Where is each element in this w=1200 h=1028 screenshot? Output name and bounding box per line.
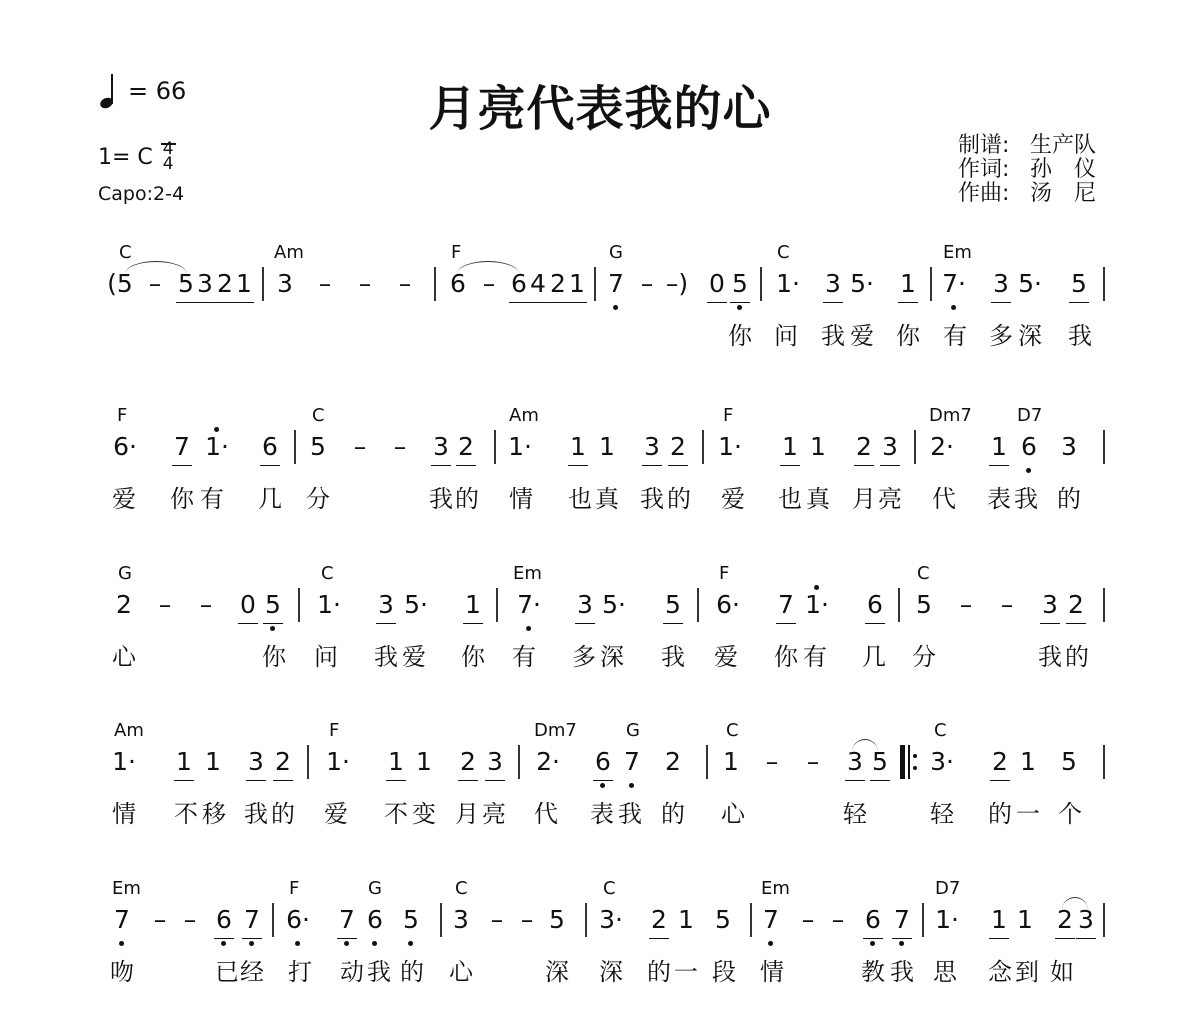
note: 2 — [460, 748, 476, 776]
chord-symbol: C — [934, 720, 947, 741]
lyric-char: 表 — [590, 794, 614, 829]
note: 1· — [205, 433, 229, 461]
lyric-char: 我 — [1014, 479, 1038, 514]
lyric-char: 爱 — [714, 637, 738, 672]
note: 2 — [665, 748, 681, 776]
octave-dot-below — [614, 305, 619, 310]
dash-extension: – — [184, 906, 197, 934]
chord-symbol: C — [917, 563, 930, 584]
note: 5 — [715, 906, 731, 934]
lyric-char: 有 — [803, 637, 827, 672]
note: 1 — [1017, 906, 1033, 934]
lyric-char: 深 — [545, 952, 569, 987]
lyric-char: 如 — [1050, 952, 1074, 987]
lyric-char: 我 — [244, 794, 268, 829]
barline — [898, 588, 900, 622]
chord-symbol: Am — [114, 720, 144, 741]
lyric-char: 爱 — [721, 479, 745, 514]
dash-extension: – — [766, 748, 779, 776]
lyric-char: 多 — [989, 316, 1013, 351]
lyric-char: 的 — [1065, 637, 1089, 672]
lyric-char: 的 — [661, 794, 685, 829]
note: 1· — [317, 591, 341, 619]
note: 3 — [487, 748, 503, 776]
octave-dot-below — [222, 941, 227, 946]
lyric-char: 你 — [170, 479, 194, 514]
barline — [922, 903, 924, 937]
lyric-char: 代 — [534, 794, 558, 829]
lyric-char: 分 — [912, 637, 936, 672]
note: 1 — [205, 748, 221, 776]
note: 2 — [275, 748, 291, 776]
lyric-char: 到 — [1015, 952, 1039, 987]
chord-symbol: Dm7 — [534, 720, 577, 741]
note: 2 — [458, 433, 474, 461]
octave-dot-below — [250, 941, 255, 946]
dash-extension: – — [807, 748, 820, 776]
note: 6 — [216, 906, 232, 934]
lyric-char: 心 — [721, 794, 745, 829]
note: 7 — [244, 906, 260, 934]
lyric-char: 问 — [774, 316, 798, 351]
dash-extension: –) — [666, 270, 688, 298]
dash-extension: – — [154, 906, 167, 934]
note: 5 — [1071, 270, 1087, 298]
dash-extension: – — [159, 591, 172, 619]
note: 1· — [805, 591, 829, 619]
note: 5· — [602, 591, 626, 619]
note: 7 — [624, 748, 640, 776]
note: 7 — [763, 906, 779, 934]
lyric-char: 情 — [112, 794, 136, 829]
octave-dot-above — [214, 427, 219, 432]
note: 5 — [265, 591, 281, 619]
lyric-char: 思 — [933, 952, 957, 987]
barline — [930, 267, 932, 301]
note: 3 — [197, 270, 213, 298]
dash-extension: – — [354, 433, 367, 461]
tempo-marking: = 66 — [100, 74, 186, 108]
credit-label: 作曲: — [958, 182, 1030, 206]
lyric-char: 你 — [262, 637, 286, 672]
lyric-char: 我 — [618, 794, 642, 829]
lyric-char: 我 — [374, 637, 398, 672]
lyric-char: 轻 — [930, 794, 954, 829]
lyric-char: 一 — [1016, 794, 1040, 829]
quarter-note-icon — [100, 74, 118, 108]
lyric-char: 多 — [572, 637, 596, 672]
dash-extension: – — [483, 270, 496, 298]
note: 2· — [536, 748, 560, 776]
chord-symbol: C — [312, 405, 325, 426]
note: (5 — [107, 270, 133, 298]
barline — [440, 903, 442, 937]
note: 3 — [378, 591, 394, 619]
note: 1 — [991, 906, 1007, 934]
note: 7 — [778, 591, 794, 619]
octave-dot-below — [1027, 468, 1032, 473]
barline — [1103, 430, 1105, 464]
chord-symbol: Em — [943, 242, 972, 263]
note: 5 — [1061, 748, 1077, 776]
note: 3 — [1042, 591, 1058, 619]
lyric-char: 我 — [661, 637, 685, 672]
lyric-char: 的 — [271, 794, 295, 829]
note: 6· — [716, 591, 740, 619]
chord-symbol: D7 — [935, 878, 960, 899]
dash-extension: – — [641, 270, 654, 298]
lyric-char: 问 — [314, 637, 338, 672]
barline — [706, 745, 708, 779]
note: 5 — [665, 591, 681, 619]
note: 2 — [116, 591, 132, 619]
chord-symbol: G — [118, 563, 132, 584]
octave-dot-below — [409, 941, 414, 946]
lyric-char: 的 — [647, 952, 671, 987]
credit-transcriber: 制谱: 生产队 — [958, 134, 1096, 158]
note: 7 — [608, 270, 624, 298]
lyric-char: 移 — [202, 794, 226, 829]
note: 5 — [916, 591, 932, 619]
lyric-char: 真 — [806, 479, 830, 514]
chord-symbol: Dm7 — [929, 405, 972, 426]
dash-extension: – — [521, 906, 534, 934]
dash-extension: – — [200, 591, 213, 619]
note: 6 — [450, 270, 466, 298]
barline — [518, 745, 520, 779]
lyric-char: 你 — [774, 637, 798, 672]
lyric-char: 教 — [861, 952, 885, 987]
lyric-char: 心 — [449, 952, 473, 987]
note: 6 — [262, 433, 278, 461]
barline — [434, 267, 436, 301]
note: 3 — [1061, 433, 1077, 461]
lyric-char: 我 — [640, 479, 664, 514]
lyric-char: 你 — [461, 637, 485, 672]
note: 3 — [847, 748, 863, 776]
barline — [496, 588, 498, 622]
lyric-char: 爱 — [850, 316, 874, 351]
note: 2 — [217, 270, 233, 298]
dash-extension: – — [802, 906, 815, 934]
barline — [914, 430, 916, 464]
lyric-char: 你 — [896, 316, 920, 351]
note: 4 — [530, 270, 546, 298]
octave-dot-below — [871, 941, 876, 946]
note: 6 — [1021, 433, 1037, 461]
lyric-char: 几 — [258, 479, 282, 514]
note: 6 — [865, 906, 881, 934]
chord-symbol: F — [117, 405, 127, 426]
octave-dot-above — [814, 585, 819, 590]
note: 1· — [935, 906, 959, 934]
note: 6 — [867, 591, 883, 619]
note: 1 — [569, 270, 585, 298]
barline — [697, 588, 699, 622]
lyric-char: 也 — [778, 479, 802, 514]
lyric-char: 分 — [306, 479, 330, 514]
chord-symbol: Am — [509, 405, 539, 426]
lyric-char: 一 — [674, 952, 698, 987]
chord-symbol: C — [603, 878, 616, 899]
octave-dot-below — [345, 941, 350, 946]
note: 1· — [326, 748, 350, 776]
dash-extension: – — [832, 906, 845, 934]
lyric-char: 你 — [728, 316, 752, 351]
dash-extension: – — [1001, 591, 1014, 619]
credit-label: 作词: — [958, 158, 1030, 182]
lyric-char: 我 — [890, 952, 914, 987]
note: 1 — [599, 433, 615, 461]
note: 6· — [113, 433, 137, 461]
note: 7 — [174, 433, 190, 461]
barline — [702, 430, 704, 464]
credit-value: 孙 仪 — [1030, 158, 1096, 182]
barline — [262, 267, 264, 301]
barline — [1103, 267, 1105, 301]
note: 5 — [549, 906, 565, 934]
chord-symbol: G — [368, 878, 382, 899]
lyric-char: 的 — [1057, 479, 1081, 514]
lyric-char: 的 — [455, 479, 479, 514]
note: 2 — [1068, 591, 1084, 619]
chord-symbol: C — [726, 720, 739, 741]
barline — [750, 903, 752, 937]
chord-symbol: F — [451, 242, 461, 263]
note: 1 — [782, 433, 798, 461]
note: 1· — [718, 433, 742, 461]
lyric-char: 表 — [987, 479, 1011, 514]
lyric-char: 已 — [215, 952, 239, 987]
note: 3 — [1078, 906, 1094, 934]
chord-symbol: G — [626, 720, 640, 741]
octave-dot-below — [900, 941, 905, 946]
note: 1· — [112, 748, 136, 776]
lyric-char: 段 — [712, 952, 736, 987]
note: 7 — [114, 906, 130, 934]
chord-symbol: F — [723, 405, 733, 426]
tempo-value: = 66 — [128, 77, 186, 105]
credit-value: 生产队 — [1030, 134, 1096, 158]
chord-symbol: F — [329, 720, 339, 741]
barline — [1103, 745, 1105, 779]
dash-extension: – — [960, 591, 973, 619]
note: 2 — [670, 433, 686, 461]
barline — [294, 430, 296, 464]
lyric-char: 月 — [852, 479, 876, 514]
note: 2 — [651, 906, 667, 934]
note: 1 — [570, 433, 586, 461]
octave-dot-below — [271, 626, 276, 631]
key-signature: 1= C 4 4 — [98, 142, 174, 172]
lyric-char: 打 — [288, 952, 312, 987]
note: 7· — [942, 270, 966, 298]
lyric-char: 经 — [240, 952, 264, 987]
barline — [1103, 588, 1105, 622]
note: 5 — [178, 270, 194, 298]
note: 5 — [310, 433, 326, 461]
note: 2· — [930, 433, 954, 461]
note: 5· — [1018, 270, 1042, 298]
note: 5 — [872, 748, 888, 776]
lyric-char: 不 — [384, 794, 408, 829]
lyric-char: 亮 — [878, 479, 902, 514]
note: 2 — [992, 748, 1008, 776]
note: 3· — [599, 906, 623, 934]
lyric-char: 动 — [340, 952, 364, 987]
note: 1 — [236, 270, 252, 298]
barline — [1103, 903, 1105, 937]
octave-dot-below — [951, 305, 956, 310]
chord-symbol: C — [455, 878, 468, 899]
lyric-char: 亮 — [482, 794, 506, 829]
lyric-char: 我 — [1068, 316, 1092, 351]
lyric-char: 爱 — [324, 794, 348, 829]
barline — [594, 267, 596, 301]
note: 3 — [433, 433, 449, 461]
repeat-start-barline — [900, 745, 917, 779]
note: 3 — [825, 270, 841, 298]
credit-label: 制谱: — [958, 134, 1030, 158]
dash-extension: – — [319, 270, 332, 298]
note: 1 — [176, 748, 192, 776]
lyric-char: 也 — [568, 479, 592, 514]
note: 1 — [416, 748, 432, 776]
octave-dot-below — [295, 941, 300, 946]
capo-label: Capo:2-4 — [98, 183, 184, 205]
lyric-char: 几 — [862, 637, 886, 672]
note: 5· — [404, 591, 428, 619]
barline — [307, 745, 309, 779]
chord-symbol: Em — [112, 878, 141, 899]
octave-dot-below — [769, 941, 774, 946]
lyric-char: 我 — [429, 479, 453, 514]
note: 2 — [1057, 906, 1073, 934]
chord-symbol: C — [321, 563, 334, 584]
barline — [494, 430, 496, 464]
lyric-char: 个 — [1058, 794, 1082, 829]
octave-dot-below — [526, 626, 531, 631]
note: 6 — [367, 906, 383, 934]
lyric-char: 我 — [367, 952, 391, 987]
octave-dot-below — [120, 941, 125, 946]
octave-dot-below — [601, 783, 606, 788]
credit-lyricist: 作词: 孙 仪 — [958, 158, 1096, 182]
note: 1 — [810, 433, 826, 461]
lyric-char: 深 — [1018, 316, 1042, 351]
note: 1· — [508, 433, 532, 461]
chord-symbol: Em — [761, 878, 790, 899]
credit-value: 汤 尼 — [1030, 182, 1096, 206]
octave-dot-below — [630, 783, 635, 788]
chord-symbol: Em — [513, 563, 542, 584]
note: 6· — [286, 906, 310, 934]
note: 1 — [991, 433, 1007, 461]
note: 3 — [277, 270, 293, 298]
lyric-char: 我 — [821, 316, 845, 351]
note: 1 — [678, 906, 694, 934]
barline — [585, 903, 587, 937]
note: 2 — [856, 433, 872, 461]
note: 1 — [465, 591, 481, 619]
note: 5 — [403, 906, 419, 934]
note: 3 — [644, 433, 660, 461]
lyric-char: 念 — [988, 952, 1012, 987]
lyric-char: 的 — [667, 479, 691, 514]
octave-dot-below — [738, 305, 743, 310]
credits: 制谱: 生产队 作词: 孙 仪 作曲: 汤 尼 — [958, 134, 1096, 206]
lyric-char: 的 — [988, 794, 1012, 829]
chord-symbol: D7 — [1017, 405, 1042, 426]
lyric-char: 我 — [1038, 637, 1062, 672]
note: 1 — [1020, 748, 1036, 776]
key-label: 1= C — [98, 145, 153, 170]
note: 7 — [894, 906, 910, 934]
lyric-char: 代 — [932, 479, 956, 514]
dash-extension: – — [394, 433, 407, 461]
note: 3· — [930, 748, 954, 776]
lyric-char: 不 — [174, 794, 198, 829]
note: 1· — [776, 270, 800, 298]
lyric-char: 情 — [760, 952, 784, 987]
lyric-char: 真 — [595, 479, 619, 514]
note: 1 — [723, 748, 739, 776]
dash-extension: – — [399, 270, 412, 298]
dash-extension: – — [149, 270, 162, 298]
dash-extension: – — [359, 270, 372, 298]
lyric-char: 深 — [600, 637, 624, 672]
note: 3 — [577, 591, 593, 619]
lyric-char: 变 — [412, 794, 436, 829]
note: 1 — [900, 270, 916, 298]
lyric-char: 有 — [200, 479, 224, 514]
note: 1 — [388, 748, 404, 776]
lyric-char: 爱 — [402, 637, 426, 672]
chord-symbol: F — [289, 878, 299, 899]
chord-symbol: F — [719, 563, 729, 584]
lyric-char: 的 — [400, 952, 424, 987]
note: 0 — [709, 270, 725, 298]
chord-symbol: G — [609, 242, 623, 263]
lyric-char: 有 — [943, 316, 967, 351]
chord-symbol: C — [777, 242, 790, 263]
note: 2 — [550, 270, 566, 298]
note: 3 — [453, 906, 469, 934]
note: 3 — [993, 270, 1009, 298]
note: 5· — [850, 270, 874, 298]
note: 3 — [882, 433, 898, 461]
lyric-char: 情 — [509, 479, 533, 514]
lyric-char: 轻 — [843, 794, 867, 829]
note: 6 — [595, 748, 611, 776]
note: 0 — [240, 591, 256, 619]
credit-composer: 作曲: 汤 尼 — [958, 182, 1096, 206]
lyric-char: 爱 — [112, 479, 136, 514]
lyric-char: 深 — [599, 952, 623, 987]
barline — [760, 267, 762, 301]
barline — [298, 588, 300, 622]
octave-dot-below — [373, 941, 378, 946]
chord-symbol: C — [119, 242, 132, 263]
lyric-char: 吻 — [110, 952, 134, 987]
barline — [272, 903, 274, 937]
time-signature: 4 4 — [163, 142, 174, 172]
chord-symbol: Am — [274, 242, 304, 263]
lyric-char: 有 — [512, 637, 536, 672]
lyric-char: 心 — [112, 637, 136, 672]
dash-extension: – — [491, 906, 504, 934]
lyric-char: 月 — [455, 794, 479, 829]
